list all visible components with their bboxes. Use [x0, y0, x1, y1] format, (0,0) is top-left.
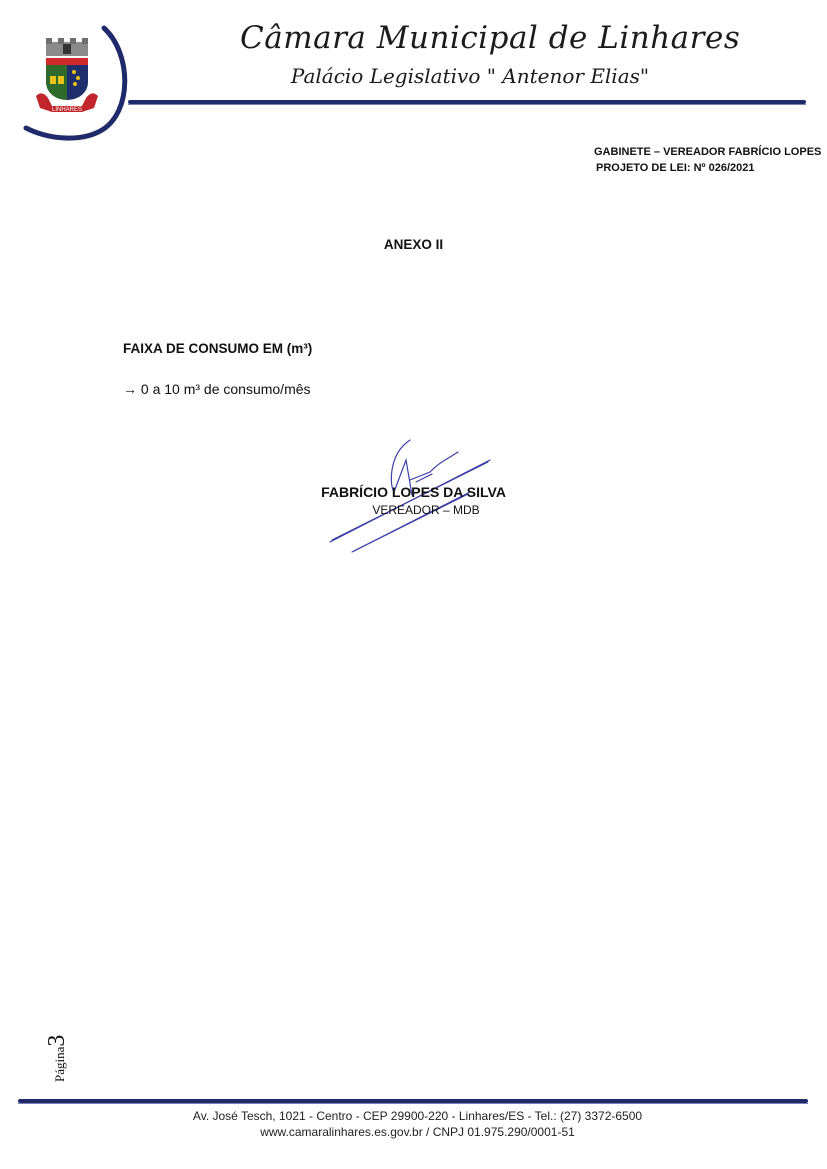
header-divider-shadow [128, 104, 806, 105]
section-title: FAIXA DE CONSUMO EM (m³) [123, 341, 312, 356]
bill-number: PROJETO DE LEI: Nº 026/2021 [594, 160, 821, 176]
page-number: Página3 [44, 1035, 71, 1082]
page-number-value: 3 [44, 1035, 70, 1047]
svg-text:LINHARES: LINHARES [52, 107, 82, 113]
office-line: GABINETE – VEREADOR FABRÍCIO LOPES [594, 144, 821, 160]
footer-divider-shadow [18, 1103, 808, 1104]
footer-address: Av. José Tesch, 1021 - Centro - CEP 2990… [0, 1109, 827, 1123]
signer-role: VEREADOR – MDB [0, 503, 827, 517]
list-item: → 0 a 10 m³ de consumo/mês [123, 381, 311, 397]
document-meta: GABINETE – VEREADOR FABRÍCIO LOPES PROJE… [594, 144, 821, 176]
signer-name: FABRÍCIO LOPES DA SILVA [0, 484, 827, 500]
footer-web: www.camaralinhares.es.gov.br / CNPJ 01.9… [0, 1125, 827, 1139]
page-label: Página [52, 1047, 67, 1082]
annex-title: ANEXO II [0, 237, 827, 252]
institution-subtitle: Palácio Legislativo " Antenor Elias" [240, 64, 700, 88]
coat-of-arms-icon: LINHARES [32, 38, 102, 118]
institution-title: Câmara Municipal de Linhares [240, 20, 700, 56]
